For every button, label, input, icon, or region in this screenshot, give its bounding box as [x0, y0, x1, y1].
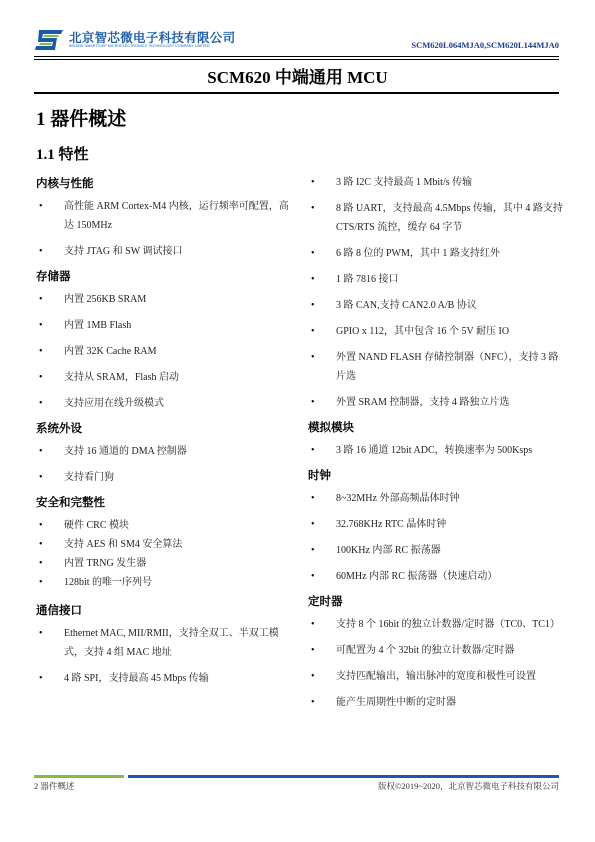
smartchip-logo-icon — [35, 30, 63, 50]
group-heading: 内核与性能 — [36, 175, 298, 191]
feature-item: 128bit 的唯一序列号 — [36, 573, 298, 592]
feature-item: 硬件 CRC 模块 — [36, 516, 298, 535]
feature-item: Ethernet MAC, MII/RMII，支持全双工、半双工模式，支持 4 … — [36, 624, 298, 662]
feature-group-system-peripherals: 系统外设 支持 16 通道的 DMA 控制器 支持看门狗 — [36, 420, 298, 487]
feature-item: 支持匹配输出，输出脉冲的宽度和极性可设置 — [308, 667, 568, 686]
footer-blue-bar — [128, 775, 559, 778]
company-name-en: BEIJING SMARTCHIP MICROELECTRONICS TECHN… — [69, 44, 235, 49]
feature-item: 6 路 8 位的 PWM，其中 1 路支持红外 — [308, 244, 568, 263]
group-heading: 存储器 — [36, 268, 298, 284]
feature-item: GPIO x 112，其中包含 16 个 5V 耐压 IO — [308, 322, 568, 341]
chapter-heading: 1 器件概述 — [36, 104, 126, 131]
feature-item: 60MHz 内部 RC 振荡器（快速启动） — [308, 567, 568, 586]
footer-green-bar — [34, 775, 124, 778]
feature-item: 3 路 CAN,支持 CAN2.0 A/B 协议 — [308, 296, 568, 315]
footer-copyright: 版权©2019~2020，北京智芯微电子科技有限公司 — [378, 780, 559, 792]
footer-page-info: 2 器件概述 — [34, 780, 74, 792]
feature-item: 1 路 7816 接口 — [308, 270, 568, 289]
feature-group-memory: 存储器 内置 256KB SRAM 内置 1MB Flash 内置 32K Ca… — [36, 268, 298, 413]
page-number: 2 — [34, 781, 38, 791]
feature-group-core: 内核与性能 高性能 ARM Cortex-M4 内核，运行频率可配置，高达 15… — [36, 175, 298, 261]
page-header: 北京智芯微电子科技有限公司 BEIJING SMARTCHIP MICROELE… — [0, 0, 595, 60]
feature-item: 内置 1MB Flash — [36, 316, 298, 335]
feature-item: 支持看门狗 — [36, 468, 298, 487]
feature-item: 内置 32K Cache RAM — [36, 342, 298, 361]
right-column: 3 路 I2C 支持最高 1 Mbit/s 传输 8 路 UART，支持最高 4… — [308, 173, 568, 719]
feature-item: 支持 AES 和 SM4 安全算法 — [36, 535, 298, 554]
section-heading: 1.1 特性 — [36, 143, 89, 164]
feature-item: 外置 NAND FLASH 存储控制器（NFC），支持 3 路片选 — [308, 348, 568, 386]
feature-item: 能产生周期性中断的定时器 — [308, 693, 568, 712]
feature-item: 高性能 ARM Cortex-M4 内核，运行频率可配置，高达 150MHz — [36, 197, 298, 235]
feature-item: 可配置为 4 个 32bit 的独立计数器/定时器 — [308, 641, 568, 660]
feature-item: 支持从 SRAM，Flash 启动 — [36, 368, 298, 387]
document-title: SCM620 中端通用 MCU — [0, 63, 595, 88]
feature-item: 8 路 UART，支持最高 4.5Mbps 传输，其中 4 路支持 CTS/RT… — [308, 199, 568, 237]
group-heading: 时钟 — [308, 467, 568, 483]
feature-item: 支持 JTAG 和 SW 调试接口 — [36, 242, 298, 261]
feature-item: 4 路 SPI，支持最高 45 Mbps 传输 — [36, 669, 298, 688]
company-logo: 北京智芯微电子科技有限公司 BEIJING SMARTCHIP MICROELE… — [35, 30, 235, 50]
feature-item: 32.768KHz RTC 晶体时钟 — [308, 515, 568, 534]
group-heading: 安全和完整性 — [36, 494, 298, 510]
feature-group-communication-cont: 3 路 I2C 支持最高 1 Mbit/s 传输 8 路 UART，支持最高 4… — [308, 173, 568, 412]
left-column: 内核与性能 高性能 ARM Cortex-M4 内核，运行频率可配置，高达 15… — [36, 175, 298, 695]
part-numbers: SCM620L064MJA0,SCM620L144MJA0 — [411, 40, 559, 50]
feature-group-timers: 定时器 支持 8 个 16bit 的独立计数器/定时器（TC0、TC1） 可配置… — [308, 593, 568, 712]
group-heading: 通信接口 — [36, 602, 298, 618]
group-heading: 模拟模块 — [308, 419, 568, 435]
group-heading: 系统外设 — [36, 420, 298, 436]
feature-item: 3 路 I2C 支持最高 1 Mbit/s 传输 — [308, 173, 568, 192]
feature-item: 100KHz 内部 RC 振荡器 — [308, 541, 568, 560]
feature-group-clock: 时钟 8~32MHz 外部高频晶体时钟 32.768KHz RTC 晶体时钟 1… — [308, 467, 568, 586]
group-heading: 定时器 — [308, 593, 568, 609]
feature-item: 支持应用在线升级模式 — [36, 394, 298, 413]
feature-item: 内置 TRNG 发生器 — [36, 554, 298, 573]
feature-group-analog: 模拟模块 3 路 16 通道 12bit ADC，转换速率为 500Ksps — [308, 419, 568, 460]
feature-item: 3 路 16 通道 12bit ADC，转换速率为 500Ksps — [308, 441, 568, 460]
feature-item: 支持 8 个 16bit 的独立计数器/定时器（TC0、TC1） — [308, 615, 568, 634]
feature-item: 支持 16 通道的 DMA 控制器 — [36, 442, 298, 461]
company-name-cn: 北京智芯微电子科技有限公司 — [69, 31, 235, 44]
feature-group-security: 安全和完整性 硬件 CRC 模块 支持 AES 和 SM4 安全算法 内置 TR… — [36, 494, 298, 592]
feature-item: 8~32MHz 外部高频晶体时钟 — [308, 489, 568, 508]
feature-item: 外置 SRAM 控制器，支持 4 路独立片选 — [308, 393, 568, 412]
header-double-rule — [34, 56, 559, 60]
footer-section-name: 器件概述 — [40, 781, 74, 791]
feature-group-communication: 通信接口 Ethernet MAC, MII/RMII，支持全双工、半双工模式，… — [36, 602, 298, 688]
feature-item: 内置 256KB SRAM — [36, 290, 298, 309]
title-rule — [34, 92, 559, 94]
